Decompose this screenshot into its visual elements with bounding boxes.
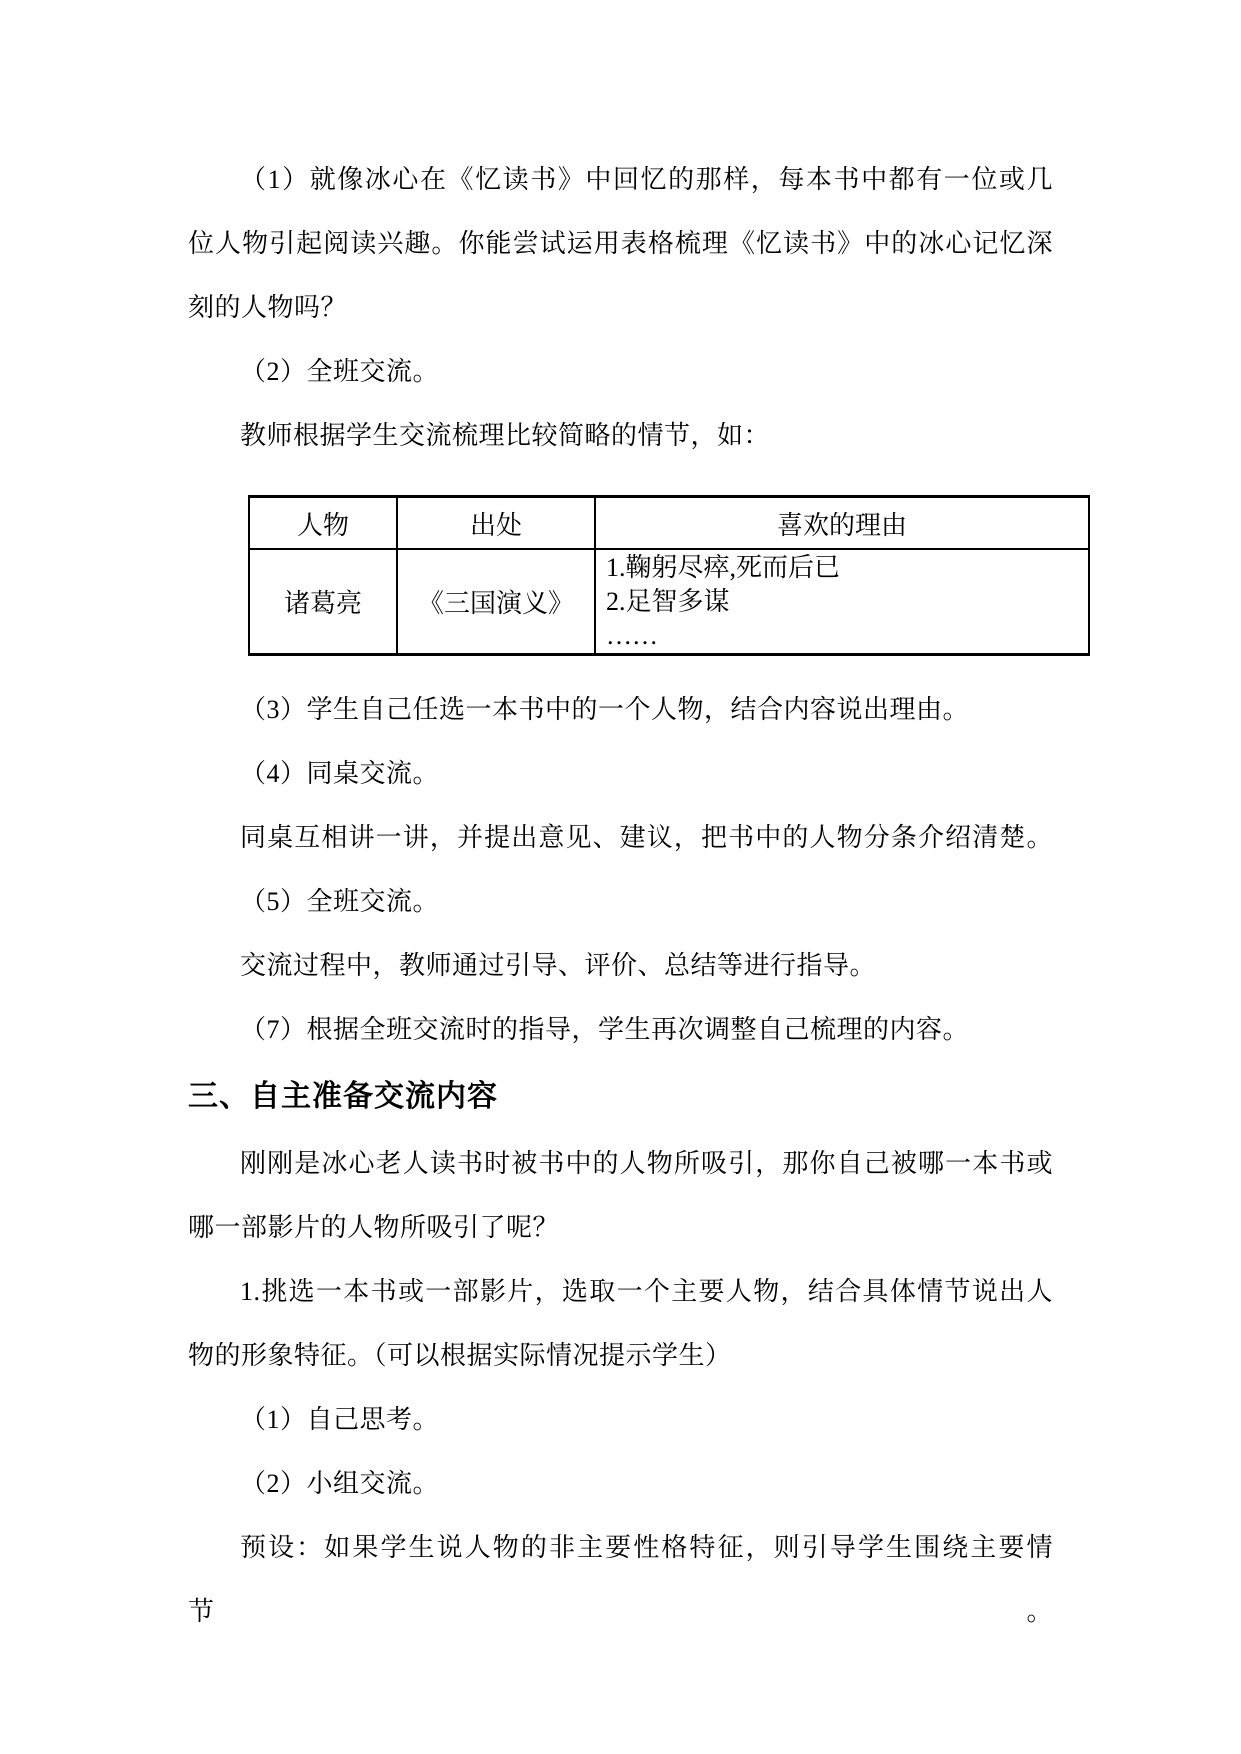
table-header-source: 出处 xyxy=(397,497,595,550)
text-line: 刻的人物吗？ xyxy=(188,276,1053,340)
text-line: 同桌互相讲一讲，并提出意见、建议，把书中的人物分条介绍清楚。 xyxy=(188,806,1053,870)
text-line: 物的形象特征。（可以根据实际情况提示学生） xyxy=(188,1324,1053,1388)
table-cell-reasons: 1.鞠躬尽瘁,死而后已 2.足智多谋 …… xyxy=(595,549,1089,655)
table-cell-person: 诸葛亮 xyxy=(249,549,397,655)
character-table-wrapper: 人物 出处 喜欢的理由 诸葛亮 《三国演义》 1.鞠躬尽瘁,死而后已 2.足智多… xyxy=(248,495,1053,656)
text-line: （4）同桌交流。 xyxy=(188,742,1053,806)
reason-line: 2.足智多谋 xyxy=(596,585,1088,619)
text-line: 刚刚是冰心老人读书时被书中的人物所吸引，那你自己被哪一本书或 xyxy=(188,1132,1053,1196)
text-line: 预设：如果学生说人物的非主要性格特征，则引导学生围绕主要情节。 xyxy=(188,1516,1053,1580)
document-page: （1）就像冰心在《忆读书》中回忆的那样，每本书中都有一位或几 位人物引起阅读兴趣… xyxy=(0,0,1241,1754)
text-line: 教师根据学生交流梳理比较简略的情节，如： xyxy=(188,404,1053,468)
table-header-reason: 喜欢的理由 xyxy=(595,497,1089,550)
text-line: （1）就像冰心在《忆读书》中回忆的那样，每本书中都有一位或几 xyxy=(188,148,1053,212)
text-line: （2）全班交流。 xyxy=(188,340,1053,404)
character-table: 人物 出处 喜欢的理由 诸葛亮 《三国演义》 1.鞠躬尽瘁,死而后已 2.足智多… xyxy=(248,495,1090,656)
table-row: 诸葛亮 《三国演义》 1.鞠躬尽瘁,死而后已 2.足智多谋 …… xyxy=(249,549,1089,655)
text-line: （7）根据全班交流时的指导，学生再次调整自己梳理的内容。 xyxy=(188,998,1053,1062)
table-cell-source: 《三国演义》 xyxy=(397,549,595,655)
text-line: （2）小组交流。 xyxy=(188,1452,1053,1516)
section-heading: 三、自主准备交流内容 xyxy=(188,1062,1053,1132)
reason-line: 1.鞠躬尽瘁,死而后已 xyxy=(596,551,1088,585)
text-line: 1.挑选一本书或一部影片，选取一个主要人物，结合具体情节说出人 xyxy=(188,1260,1053,1324)
text-line: （5）全班交流。 xyxy=(188,870,1053,934)
reason-line: …… xyxy=(596,619,1088,653)
text-line: 交流过程中，教师通过引导、评价、总结等进行指导。 xyxy=(188,934,1053,998)
text-line: （1）自己思考。 xyxy=(188,1388,1053,1452)
table-header-person: 人物 xyxy=(249,497,397,550)
text-line: （3）学生自己任选一本书中的一个人物，结合内容说出理由。 xyxy=(188,678,1053,742)
table-header-row: 人物 出处 喜欢的理由 xyxy=(249,497,1089,550)
text-line: 哪一部影片的人物所吸引了呢？ xyxy=(188,1196,1053,1260)
text-line: 位人物引起阅读兴趣。你能尝试运用表格梳理《忆读书》中的冰心记忆深 xyxy=(188,212,1053,276)
